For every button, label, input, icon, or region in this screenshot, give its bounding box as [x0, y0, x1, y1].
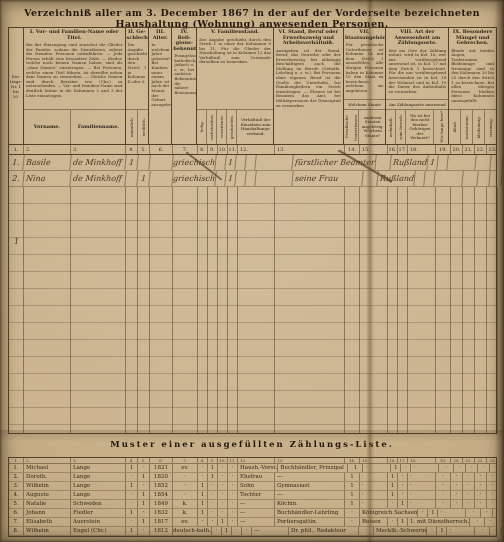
snum-cell: 22. — [475, 458, 487, 463]
fill-cell — [173, 187, 198, 434]
header-band: Ein- trags- Nr. 1 bis 20. I. Vor- und Fa… — [9, 28, 496, 145]
samp-cell: · — [232, 527, 242, 535]
fill-cell — [208, 187, 218, 434]
group-title: IV. Reli- gions- bekenntniß. — [172, 28, 196, 53]
sample-table-title: Muster einer ausgefüllten Zählungs-Liste… — [0, 440, 504, 450]
snum-cell: 8. — [198, 458, 208, 463]
samp-cell: Portiersgattin. — [275, 518, 345, 526]
subheader-preussen: Preußische Unterthanen. — [344, 110, 359, 144]
snum-cell: 9. — [208, 458, 218, 463]
samp-cell: · — [228, 509, 238, 517]
samp-cell: Tochter — [238, 491, 275, 499]
samp-cell: Buchhändler, Prinzipal — [278, 464, 348, 472]
samp-cell: 1 — [345, 482, 360, 490]
column-number-row: 1.2.3.4.5.6.7.8.9.10.11.12.13.14.15.16.1… — [9, 145, 496, 155]
samp-cell: 5. — [9, 500, 24, 508]
samp-cell: Lange — [71, 491, 126, 499]
samp-cell: · — [198, 473, 208, 481]
subheader-maennlich: männlich. — [127, 117, 136, 137]
hand-cell: Basile — [23, 155, 72, 170]
samp-cell: Auerstein — [71, 518, 126, 526]
samp-cell: Sohn — [238, 482, 275, 490]
samp-cell: · — [228, 464, 238, 472]
hand-row: 2.Ninade Minkhoff1griechisch1seine FrauR… — [9, 171, 496, 187]
samp-cell: · — [360, 500, 388, 508]
hand-cell: fürstlicher Beamter — [292, 155, 376, 170]
samp-cell: — — [275, 491, 345, 499]
column-group-anwesenheit: VIII. Art der Anwesenheit am Zählungsort… — [386, 28, 449, 144]
samp-cell: · — [470, 518, 485, 526]
num-cell: 11. — [228, 145, 238, 154]
group-title: IX. Besondere Mängel und Gebrechen. — [449, 28, 496, 48]
num-cell: 5. — [138, 145, 150, 154]
samp-row: 4.AugusteLange·11854·1···Tochter—1·1····… — [9, 491, 496, 500]
sample-rows: 1.MichaelLange1·1821ev.·1··Haush.-Vorst.… — [9, 464, 496, 536]
hand-cell: griechisch — [172, 155, 217, 170]
num-cell: 20. — [451, 145, 463, 154]
samp-cell: · — [436, 473, 451, 481]
column-group-staatsangehoerigkeit: VII. Staatsangehörigkeit. Für preußische… — [344, 28, 387, 144]
subheader-ledig: ledig. — [197, 121, 206, 132]
stray-handwritten-mark: 1 — [14, 237, 19, 246]
hand-cell — [375, 155, 392, 170]
snum-cell: 12. — [238, 458, 275, 463]
num-cell: 16. — [388, 145, 398, 154]
samp-cell: 1 — [138, 491, 150, 499]
samp-cell: — — [238, 509, 275, 517]
column-group-beruf: VI. Stand, Beruf oder Erwerbszweig und A… — [274, 28, 344, 144]
samp-cell: 1820 — [150, 473, 173, 481]
num-cell: 3. — [71, 145, 126, 154]
num-cell: 2. — [24, 145, 71, 154]
samp-cell: 1 — [345, 473, 360, 481]
samp-cell: · — [487, 500, 498, 508]
samp-cell: 1 — [437, 527, 447, 535]
fill-cell — [126, 187, 138, 434]
samp-cell: ev. — [173, 464, 198, 472]
hand-cell: Nina — [23, 171, 72, 186]
subheader-row: männlich. weiblich. — [126, 109, 149, 144]
subheader-wohnhaft: wohnhaft. — [386, 117, 395, 137]
group-instructions: Evangelisch, katholisch, jüdisch u. s. w… — [172, 53, 196, 144]
samp-cell: · — [228, 491, 238, 499]
samp-cell: Elisabeth — [24, 518, 71, 526]
samp-cell: Haush.-Vorst. — [238, 464, 278, 472]
samp-cell: 1 — [345, 491, 360, 499]
samp-cell: 3. — [9, 482, 24, 490]
subheader-verheirathet: verheirathet. — [207, 114, 216, 141]
samp-cell: · — [481, 509, 493, 517]
samp-cell: 2. — [9, 473, 24, 481]
samp-cell: · — [173, 491, 198, 499]
samp-cell: 6. — [9, 509, 24, 517]
samp-cell: Wilhelm — [24, 482, 71, 490]
samp-cell: · — [438, 509, 466, 517]
samp-cell: — — [275, 473, 345, 481]
samp-row: 8.WilhelmEngel (Chr.)1·1812deutsch-kath.… — [9, 527, 496, 536]
samp-cell: · — [228, 518, 238, 526]
hand-cell — [149, 171, 174, 186]
samp-cell: · — [138, 464, 150, 472]
group-instructions: Blinde auf beiden Augen, Taubstumme, Blö… — [449, 48, 496, 110]
snum-cell: 5. — [138, 458, 150, 463]
samp-cell: · — [218, 500, 228, 508]
samp-cell: · — [487, 473, 498, 481]
group-instructions: Bei der Eintragung sind zunächst die Gli… — [24, 42, 125, 109]
group-instructions: Die Angabe geschieht durch den Strich 1 … — [197, 37, 273, 110]
samp-cell: · — [218, 464, 228, 472]
subheader-row: blind. taubstumm. blödsinnig. irrsinnig. — [449, 109, 496, 144]
group-instructions: In welchem Jahre geboren? Bei Kindern un… — [149, 42, 171, 144]
fill-cell — [9, 187, 24, 434]
samp-cell: · — [218, 482, 228, 490]
hand-cell — [149, 155, 174, 170]
samp-cell: 1 — [198, 500, 208, 508]
samp-cell: · — [451, 482, 463, 490]
samp-cell: 7. — [9, 518, 24, 526]
samp-row: 2.Doroth.Lange·11820··1··Ehefrau—1·1····… — [9, 473, 496, 482]
group-instructions: Anzugeben ist der Stand, Beruf, das Gewe… — [274, 48, 343, 145]
snum-cell: 10. — [218, 458, 228, 463]
num-cell: 18. — [408, 145, 436, 154]
samp-cell: · — [490, 464, 501, 472]
samp-cell: · — [360, 491, 388, 499]
samp-cell: · — [228, 473, 238, 481]
samp-cell: 1 — [208, 464, 218, 472]
samp-cell: · — [388, 500, 398, 508]
samp-cell: 1 — [398, 500, 408, 508]
samp-cell: deutsch-kath. — [173, 527, 212, 535]
group-title: VI. Stand, Beruf oder Erwerbszweig und A… — [274, 28, 343, 48]
column-group-alter: III. Alter. In welchem Jahre geboren? Be… — [149, 28, 172, 144]
snum-cell: 1. — [9, 458, 24, 463]
samp-cell: · — [212, 527, 222, 535]
samp-cell: · — [478, 464, 490, 472]
samp-cell: · — [345, 518, 360, 526]
samp-cell: · — [454, 464, 466, 472]
samp-cell: 1 — [222, 527, 232, 535]
samp-cell: 1 — [391, 464, 401, 472]
samp-cell: k. — [173, 500, 198, 508]
handwritten-entries: 1.Basilede Minkhoff1griechisch1fürstlich… — [9, 155, 496, 187]
fill-cell — [388, 187, 398, 434]
fill-cell — [138, 187, 150, 434]
samp-cell: 8. — [9, 527, 24, 535]
fill-cell — [408, 187, 436, 434]
hand-cell: Rußland — [390, 155, 429, 170]
fill-cell — [475, 187, 487, 434]
samp-cell: 1 — [198, 509, 208, 517]
snum-cell: 17. — [398, 458, 408, 463]
samp-cell: 1812 — [150, 527, 173, 535]
samp-cell: 1 — [218, 518, 228, 526]
fill-cell — [360, 187, 388, 434]
samp-cell: · — [439, 464, 454, 472]
samp-cell: · — [411, 464, 439, 472]
samp-cell: 4. — [9, 491, 24, 499]
samp-cell: Buchhändler-Lehrling — [275, 509, 345, 517]
group-title: II. Ge- schlecht. — [126, 28, 149, 42]
samp-cell: · — [363, 464, 391, 472]
samp-cell: Mecklb.-Schwerin — [374, 527, 427, 535]
samp-cell: · — [463, 482, 475, 490]
samp-cell: 1 — [428, 509, 438, 517]
samp-cell: · — [198, 518, 208, 526]
fill-cell — [463, 187, 475, 434]
fill-cell — [238, 187, 275, 434]
nr-column-label: Ein- trags- Nr. 1 bis 20. — [9, 28, 23, 144]
samp-cell: Lange — [71, 464, 126, 472]
subheader-taubstumm: taubstumm. — [462, 115, 471, 139]
sample-census-table: 1.2.3.4.5.6.7.8.9.10.11.12.13.14.15.16.1… — [8, 457, 497, 537]
samp-cell: · — [401, 464, 411, 472]
samp-cell: · — [126, 491, 138, 499]
num-cell: 7. — [173, 145, 198, 154]
samp-cell: 1 — [208, 473, 218, 481]
group-title: VIII. Art der Anwesenheit am Zählungsort… — [386, 28, 448, 48]
hand-cell: de Minkhoff — [70, 171, 127, 186]
snum-cell: 14. — [345, 458, 360, 463]
samp-cell: — — [238, 518, 275, 526]
num-cell: 14. — [345, 145, 360, 154]
snum-cell: 23. — [487, 458, 498, 463]
samp-cell: · — [436, 500, 451, 508]
snum-cell: 4. — [126, 458, 138, 463]
snum-cell: 19. — [436, 458, 451, 463]
samp-cell: 1 — [388, 473, 398, 481]
num-cell: 6. — [150, 145, 173, 154]
subheader-row: ledig. verheirathet. verwittwet. geschie… — [197, 109, 273, 144]
samp-cell: Lange — [71, 482, 126, 490]
subheader-wohnort: Wo ist bei den nicht hierher Gehörigen d… — [406, 110, 434, 144]
main-census-table: Ein- trags- Nr. 1 bis 20. I. Vor- und Fa… — [8, 27, 497, 434]
group-title: V. Familienstand. — [197, 28, 273, 37]
samp-cell: · — [173, 473, 198, 481]
hand-cell — [447, 155, 477, 170]
samp-cell: · — [398, 491, 408, 499]
fill-cell — [150, 187, 173, 434]
samp-cell: 1817 — [150, 518, 173, 526]
group-title: VII. Staatsangehörigkeit. — [344, 28, 386, 42]
samp-cell: Köchin. — [275, 500, 345, 508]
snum-cell: 6. — [150, 458, 173, 463]
subheader-weiblich: weiblich. — [139, 118, 148, 136]
hand-cell: griechisch — [172, 171, 217, 186]
samp-cell: · — [360, 482, 388, 490]
column-group-religion: IV. Reli- gions- bekenntniß. Evangelisch… — [172, 28, 197, 144]
samp-cell: · — [408, 473, 436, 481]
samp-cell: · — [466, 509, 481, 517]
samp-cell: 1 — [126, 482, 138, 490]
samp-cell: 1 — [388, 491, 398, 499]
samp-cell: Doroth. — [24, 473, 71, 481]
samp-cell: · — [427, 527, 437, 535]
samp-row: 5.NatalieSchweden·11849k.1···—Köchin.1··… — [9, 500, 496, 509]
fill-cell — [198, 187, 208, 434]
subheader-familienname: Familienname. — [71, 110, 126, 144]
snum-cell: 21. — [463, 458, 475, 463]
snum-cell: 11. — [228, 458, 238, 463]
samp-cell: 1 — [198, 482, 208, 490]
snum-cell: 16. — [388, 458, 398, 463]
samp-cell: · — [493, 509, 504, 517]
samp-cell: · — [360, 473, 388, 481]
samp-cell: · — [208, 509, 218, 517]
subheader-welcher-staat: Anderen Staaten angehörig. Welchem Staat… — [359, 110, 387, 144]
num-cell: 21. — [463, 145, 475, 154]
samp-cell: · — [138, 527, 150, 535]
num-cell: 4. — [126, 145, 138, 154]
samp-cell: · — [487, 491, 498, 499]
fill-cell — [451, 187, 463, 434]
samp-cell: Engel (Chr.) — [71, 527, 126, 535]
num-cell: 15. — [360, 145, 388, 154]
samp-cell: · — [451, 473, 463, 481]
samp-cell: 1 — [345, 500, 360, 508]
samp-cell: · — [208, 500, 218, 508]
samp-cell: · — [138, 482, 150, 490]
num-cell: 8. — [198, 145, 208, 154]
snum-cell: 7. — [173, 458, 198, 463]
samp-cell: Natalie — [24, 500, 71, 508]
column-group-name: I. Vor- und Familien-Name oder Titel. Be… — [24, 28, 126, 144]
samp-cell: · — [463, 473, 475, 481]
snum-cell: 13. — [275, 458, 345, 463]
samp-cell: 1832 — [150, 509, 173, 517]
samp-cell: · — [475, 482, 487, 490]
subheader-dauer: Wie lange hier? — [437, 111, 446, 143]
samp-cell: · — [126, 473, 138, 481]
scanned-census-form: Verzeichniß aller am 3. December 1867 in… — [0, 0, 504, 542]
samp-cell: · — [228, 482, 238, 490]
samp-cell: · — [126, 500, 138, 508]
num-cell: 19. — [436, 145, 451, 154]
samp-cell: · — [485, 518, 497, 526]
group-title: I. Vor- und Familien-Name oder Titel. — [24, 28, 125, 42]
samp-cell: Schweden — [71, 500, 126, 508]
group-instructions: Die Angabe geschieht durch den Strich 1 … — [126, 42, 149, 109]
num-cell: 17. — [398, 145, 408, 154]
samp-cell: 1 — [348, 464, 363, 472]
num-cell: 9. — [208, 145, 218, 154]
group-title: III. Alter. — [149, 28, 171, 42]
samp-cell: · — [408, 491, 436, 499]
samp-cell: · — [345, 509, 360, 517]
samp-cell: Ehefrau — [238, 473, 275, 481]
samp-cell: · — [173, 482, 198, 490]
samp-cell: 1 — [126, 464, 138, 472]
samp-cell: · — [436, 482, 451, 490]
samp-cell: Auguste — [24, 491, 71, 499]
samp-cell: 1 — [398, 518, 408, 526]
group-instructions: Für preußische Unterthanen ist Kolumne 1… — [344, 42, 386, 99]
snum-cell: 3. — [71, 458, 126, 463]
samp-cell: · — [359, 527, 374, 535]
subheader-besuch: zum Besuch. — [396, 114, 405, 140]
num-cell: 1. — [9, 145, 24, 154]
column-group-gebrechen: IX. Besondere Mängel und Gebrechen. Blin… — [449, 28, 496, 144]
fill-cell — [275, 187, 345, 434]
subheader-geschieden: geschieden. — [227, 115, 236, 139]
fill-cell — [436, 187, 451, 434]
num-cell: 12. — [238, 145, 275, 154]
samp-row: 1.MichaelLange1·1821ev.·1··Haush.-Vorst.… — [9, 464, 496, 473]
samp-cell: · — [218, 473, 228, 481]
hand-cell: seine Frau — [292, 171, 364, 186]
samp-cell: 1849 — [150, 500, 173, 508]
samp-cell: · — [138, 509, 150, 517]
samp-cell: Fiedler — [71, 509, 126, 517]
samp-cell: · — [451, 500, 463, 508]
samp-cell: 1821 — [150, 464, 173, 472]
num-cell: 13. — [275, 145, 345, 154]
samp-cell: 1 — [138, 473, 150, 481]
samp-cell: · — [208, 518, 218, 526]
hand-cell — [255, 171, 294, 186]
samp-cell: Königreich Sachsen — [360, 509, 418, 517]
hand-row: 1.Basilede Minkhoff1griechisch1fürstlich… — [9, 155, 496, 171]
samp-cell: Reisen — [360, 518, 388, 526]
subheader-strip: Am Zählungsorte anwesend als — [386, 99, 448, 109]
samp-cell: · — [408, 482, 436, 490]
num-cell: 23. — [487, 145, 498, 154]
samp-cell: Gymnasiast — [275, 482, 345, 490]
samp-cell: · — [242, 527, 252, 535]
samp-cell: · — [451, 491, 463, 499]
snum-cell: 18. — [408, 458, 436, 463]
empty-rows-area: 1 — [9, 187, 496, 434]
samp-cell: · — [408, 500, 436, 508]
subheader-row: Preußische Unterthanen. Anderen Staaten … — [344, 109, 386, 144]
samp-cell: · — [398, 473, 408, 481]
hand-cell — [255, 155, 294, 170]
subheader-blind: blind. — [450, 121, 459, 133]
samp-cell: · — [126, 518, 138, 526]
samp-cell: Dr. phil., Redakteur — [289, 527, 359, 535]
samp-cell: Wilhelm — [24, 527, 71, 535]
subheader-irrsinnig: irrsinnig. — [486, 118, 495, 137]
samp-cell: 1. — [9, 464, 24, 472]
hand-cell: 2. — [8, 171, 25, 186]
samp-cell: · — [463, 491, 475, 499]
fill-row: 1 — [9, 187, 496, 434]
num-cell: 10. — [218, 145, 228, 154]
samp-cell: 1 — [198, 491, 208, 499]
fill-cell — [218, 187, 228, 434]
fill-cell — [24, 187, 71, 434]
samp-cell: · — [208, 491, 218, 499]
samp-cell: · — [475, 500, 487, 508]
samp-cell: · — [487, 482, 498, 490]
samp-cell: — — [252, 527, 289, 535]
samp-cell: · — [490, 527, 502, 535]
hand-cell — [435, 171, 465, 186]
samp-row: 3.WilhelmLange1·1852·1···SohnGymnasiast1… — [9, 482, 496, 491]
samp-cell: · — [475, 473, 487, 481]
snum-cell: 2. — [24, 458, 71, 463]
samp-cell: · — [466, 464, 478, 472]
samp-cell: · — [388, 518, 398, 526]
samp-cell: · — [218, 509, 228, 517]
fill-cell — [228, 187, 238, 434]
subheader-verwittwet: verwittwet. — [217, 115, 226, 138]
samp-cell: 1854 — [150, 491, 173, 499]
fill-cell — [345, 187, 360, 434]
samp-cell: 1852 — [150, 482, 173, 490]
snum-cell: 20. — [451, 458, 463, 463]
fill-cell — [71, 187, 126, 434]
samp-cell: · — [436, 491, 451, 499]
